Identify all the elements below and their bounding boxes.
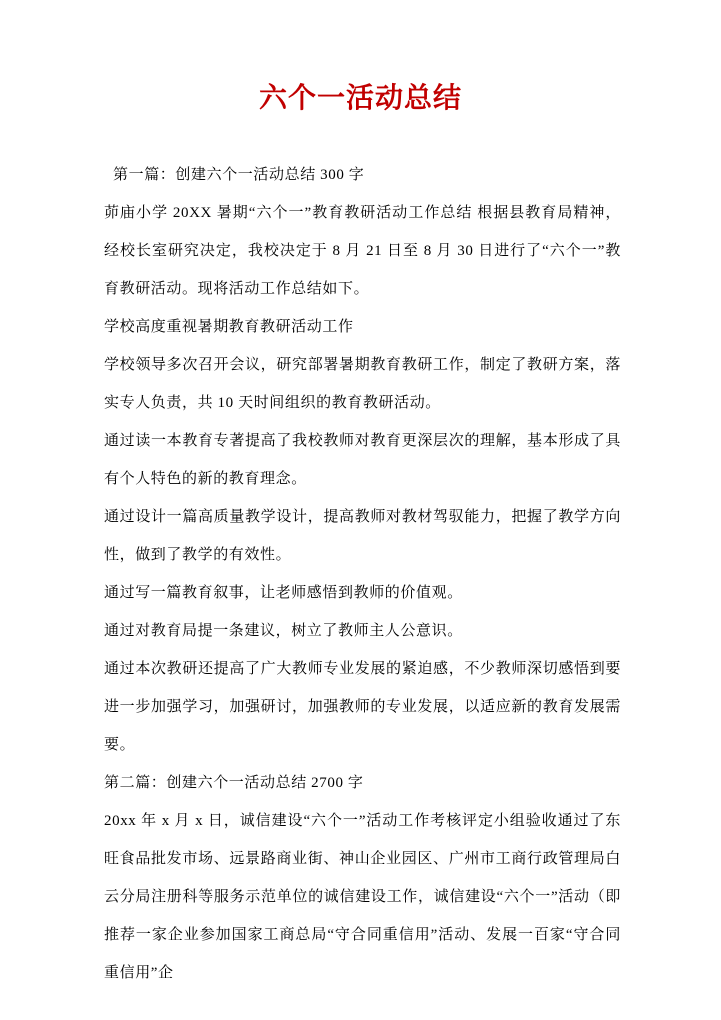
paragraph: 学校高度重视暑期教育教研活动工作 bbox=[104, 308, 621, 346]
paragraph: 通过写一篇教育叙事，让老师感悟到教师的价值观。 bbox=[104, 574, 621, 612]
paragraph: 通过本次教研还提高了广大教师专业发展的紧迫感，不少教师深切感悟到要进一步加强学习… bbox=[104, 650, 621, 764]
paragraph: 通过读一本教育专著提高了我校教师对教育更深层次的理解，基本形成了具有个人特色的新… bbox=[104, 422, 621, 498]
document-page: 六个一活动总结 第一篇：创建六个一活动总结 300 字茆庙小学 20XX 暑期“… bbox=[0, 0, 721, 1020]
paragraph: 学校领导多次召开会议，研究部署暑期教育教研工作，制定了教研方案，落实专人负责，共… bbox=[104, 346, 621, 422]
document-body: 第一篇：创建六个一活动总结 300 字茆庙小学 20XX 暑期“六个一”教育教研… bbox=[104, 156, 621, 992]
paragraph: 通过对教育局提一条建议，树立了教师主人公意识。 bbox=[104, 612, 621, 650]
paragraph: 第二篇：创建六个一活动总结 2700 字 bbox=[104, 764, 621, 802]
paragraph: 通过设计一篇高质量教学设计，提高教师对教材驾驭能力，把握了教学方向性，做到了教学… bbox=[104, 498, 621, 574]
document-title: 六个一活动总结 bbox=[0, 82, 721, 116]
paragraph: 茆庙小学 20XX 暑期“六个一”教育教研活动工作总结 根据县教育局精神，经校长… bbox=[104, 194, 621, 308]
paragraph: 20xx 年 x 月 x 日，诚信建设“六个一”活动工作考核评定小组验收通过了东… bbox=[104, 802, 621, 992]
paragraph: 第一篇：创建六个一活动总结 300 字 bbox=[104, 156, 621, 194]
